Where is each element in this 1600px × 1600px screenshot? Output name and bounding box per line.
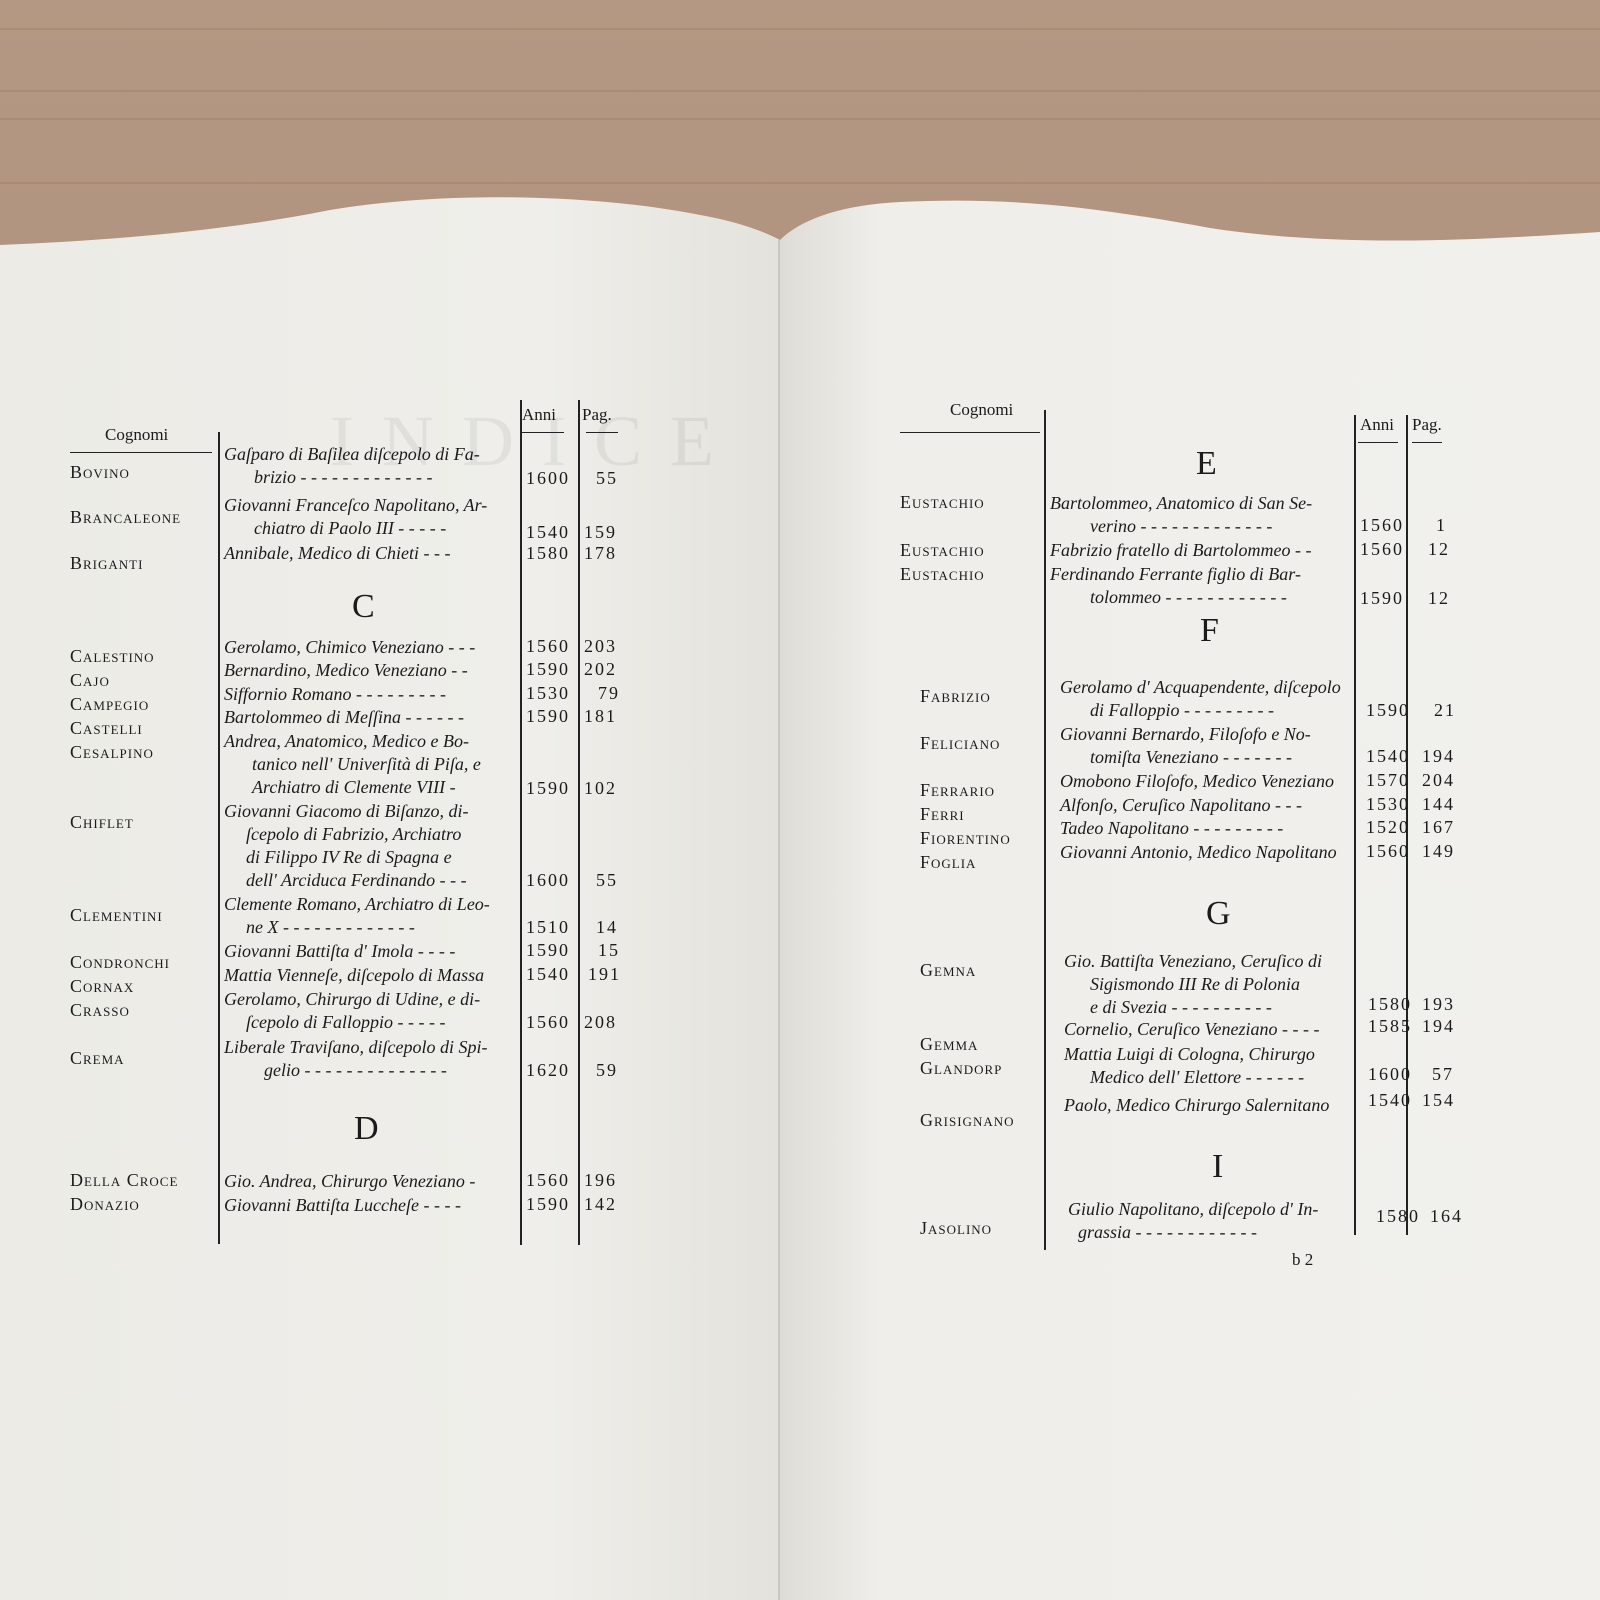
entry-year: 1590 (526, 940, 570, 961)
entry-description: Bartolommeo di Meſſina - - - - - - (224, 706, 464, 729)
surname: Gemma (920, 1034, 978, 1055)
surname: Calestino (70, 646, 155, 667)
surname: Della Croce (70, 1170, 178, 1191)
entry-description: Gerolamo, Chirurgo di Udine, e di-ſcepol… (224, 988, 480, 1034)
entry-page: 12 (1428, 539, 1450, 560)
entry-page: 79 (598, 683, 620, 704)
entry-description: Gio. Andrea, Chirurgo Veneziano - (224, 1170, 475, 1193)
entry-year: 1560 (1366, 841, 1410, 862)
surname: Cornax (70, 976, 134, 997)
entry-description: Tadeo Napolitano - - - - - - - - - (1060, 817, 1283, 840)
column-divider (578, 400, 580, 1245)
entry-description: Gio. Battiſta Veneziano, Ceruſico diSigi… (1064, 950, 1322, 1019)
entry-description: Andrea, Anatomico, Medico e Bo-tanico ne… (224, 730, 481, 799)
wood-grain-line (0, 90, 1600, 92)
entry-description: Clemente Romano, Archiatro di Leo-ne X -… (224, 893, 490, 939)
entry-year: 1600 (526, 870, 570, 891)
entry-description: Annibale, Medico di Chieti - - - (224, 542, 450, 565)
entry-page: 142 (584, 1194, 617, 1215)
entry-description: Giovanni Bernardo, Filoſofo e No-tomiſta… (1060, 723, 1311, 769)
header-rule (900, 432, 1040, 433)
section-letter: E (1196, 445, 1217, 483)
header-rule (586, 432, 618, 433)
entry-description: Omobono Filoſofo, Medico Veneziano (1060, 770, 1334, 793)
entry-description: Cornelio, Ceruſico Veneziano - - - - (1064, 1018, 1319, 1041)
entry-description: Mattia Luigi di Cologna, ChirurgoMedico … (1064, 1043, 1315, 1089)
entry-description: Giovanni Giacomo di Biſanzo, di-ſcepolo … (224, 800, 468, 892)
surname: Crema (70, 1048, 125, 1069)
entry-page: 57 (1432, 1064, 1454, 1085)
entry-description: Gaſparo di Baſilea diſcepolo di Fa-brizi… (224, 443, 480, 489)
section-letter: D (354, 1110, 379, 1148)
entry-year: 1560 (1360, 539, 1404, 560)
entry-year: 1580 (526, 543, 570, 564)
entry-year: 1590 (1360, 588, 1404, 609)
entry-description: Paolo, Medico Chirurgo Salernitano (1064, 1094, 1329, 1117)
entry-page: 181 (584, 706, 617, 727)
column-divider (1354, 415, 1356, 1235)
entry-page: 196 (584, 1170, 617, 1191)
entry-description: Ferdinando Ferrante figlio di Bar-tolomm… (1050, 563, 1301, 609)
section-letter: C (352, 588, 375, 626)
surname: Briganti (70, 553, 143, 574)
entry-description: Gerolamo, Chimico Veneziano - - - (224, 636, 475, 659)
header-surname: Cognomi (950, 400, 1013, 420)
entry-page: 202 (584, 659, 617, 680)
header-years: Anni (522, 405, 556, 425)
entry-year: 1590 (526, 778, 570, 799)
entry-year: 1530 (526, 683, 570, 704)
entry-page: 203 (584, 636, 617, 657)
column-divider (218, 432, 220, 1244)
header-page: Pag. (1412, 415, 1442, 435)
entry-page: 194 (1422, 746, 1455, 767)
surname: Fiorentino (920, 828, 1011, 849)
entry-page: 21 (1434, 700, 1456, 721)
surname: Feliciano (920, 733, 1000, 754)
entry-description: Giovanni Antonio, Medico Napolitano (1060, 841, 1337, 864)
entry-description: Siffornio Romano - - - - - - - - - (224, 683, 446, 706)
wood-grain-line (0, 182, 1600, 184)
entry-description: Bartolommeo, Anatomico di San Se-verino … (1050, 492, 1312, 538)
entry-page: 191 (588, 964, 621, 985)
surname: Cesalpino (70, 742, 154, 763)
entry-page: 55 (596, 870, 618, 891)
entry-description: Liberale Traviſano, diſcepolo di Spi-gel… (224, 1036, 488, 1082)
entry-year: 1530 (1366, 794, 1410, 815)
surname: Grisignano (920, 1110, 1015, 1131)
surname: Ferrario (920, 780, 995, 801)
section-letter: G (1206, 895, 1231, 933)
surname: Glandorp (920, 1058, 1002, 1079)
entry-description: Giovanni Franceſco Napolitano, Ar-chiatr… (224, 494, 487, 540)
surname: Eustachio (900, 540, 985, 561)
surname: Foglia (920, 852, 976, 873)
entry-year: 1560 (526, 1170, 570, 1191)
entry-year: 1590 (1366, 700, 1410, 721)
entry-year: 1600 (1368, 1064, 1412, 1085)
surname: Jasolino (920, 1218, 992, 1239)
entry-description: Alfonſo, Ceruſico Napolitano - - - (1060, 794, 1302, 817)
column-divider (520, 400, 522, 1245)
entry-page: 144 (1422, 794, 1455, 815)
header-rule (1412, 442, 1442, 443)
entry-page: 14 (596, 917, 618, 938)
header-page: Pag. (582, 405, 612, 425)
entry-year: 1570 (1366, 770, 1410, 791)
entry-year: 1585 (1368, 1016, 1412, 1037)
surname: Bovino (70, 462, 130, 483)
entry-year: 1540 (526, 964, 570, 985)
section-letter: I (1212, 1148, 1223, 1186)
entry-page: 164 (1430, 1206, 1463, 1227)
entry-page: 204 (1422, 770, 1455, 791)
entry-description: Giulio Napolitano, diſcepolo d' In-grass… (1068, 1198, 1318, 1244)
entry-year: 1510 (526, 917, 570, 938)
entry-year: 1590 (526, 706, 570, 727)
surname: Condronchi (70, 952, 170, 973)
entry-year: 1560 (1360, 515, 1404, 536)
entry-description: Fabrizio fratello di Bartolommeo - - (1050, 539, 1311, 562)
right-page: Cognomi Anni Pag. E Eustachio Bartolomme… (780, 0, 1600, 1600)
book-gutter (778, 240, 780, 1600)
surname: Eustachio (900, 564, 985, 585)
wood-grain-line (0, 118, 1600, 120)
entry-page: 194 (1422, 1016, 1455, 1037)
surname: Chiflet (70, 812, 134, 833)
surname: Gemna (920, 960, 976, 981)
entry-year: 1590 (526, 659, 570, 680)
column-divider (1044, 410, 1046, 1250)
entry-page: 208 (584, 1012, 617, 1033)
signature-mark: b 2 (1292, 1250, 1313, 1270)
header-rule (70, 452, 212, 453)
surname: Campegio (70, 694, 149, 715)
surname: Brancaleone (70, 507, 181, 528)
entry-page: 59 (596, 1060, 618, 1081)
entry-year: 1540 (1366, 746, 1410, 767)
entry-year: 1520 (1366, 817, 1410, 838)
header-rule (522, 432, 564, 433)
entry-page: 193 (1422, 994, 1455, 1015)
entry-year: 1590 (526, 1194, 570, 1215)
entry-page: 154 (1422, 1090, 1455, 1111)
wood-grain-line (0, 28, 1600, 30)
surname: Fabrizio (920, 686, 991, 707)
entry-year: 1580 (1376, 1206, 1420, 1227)
surname: Donazio (70, 1194, 140, 1215)
entry-description: Giovanni Battiſta Luccheſe - - - - (224, 1194, 461, 1217)
entry-page: 167 (1422, 817, 1455, 838)
header-surname: Cognomi (105, 425, 168, 445)
entry-year: 1560 (526, 636, 570, 657)
entry-page: 149 (1422, 841, 1455, 862)
entry-page: 15 (598, 940, 620, 961)
header-rule (1358, 442, 1398, 443)
header-years: Anni (1360, 415, 1394, 435)
surname: Crasso (70, 1000, 130, 1021)
entry-year: 1540 (1368, 1090, 1412, 1111)
surname: Ferri (920, 804, 965, 825)
entry-page: 55 (596, 468, 618, 489)
entry-year: 1580 (1368, 994, 1412, 1015)
surname: Cajo (70, 670, 110, 691)
entry-year: 1600 (526, 468, 570, 489)
left-page: INDICE Cognomi Anni Pag. Bovino Gaſparo … (0, 0, 780, 1600)
entry-description: Mattia Vienneſe, diſcepolo di Massa (224, 964, 484, 987)
entry-page: 12 (1428, 588, 1450, 609)
entry-page: 159 (584, 522, 617, 543)
entry-year: 1620 (526, 1060, 570, 1081)
entry-description: Bernardino, Medico Veneziano - - (224, 659, 468, 682)
entry-description: Giovanni Battiſta d' Imola - - - - (224, 940, 455, 963)
surname: Eustachio (900, 492, 985, 513)
surname: Castelli (70, 718, 143, 739)
section-letter: F (1200, 612, 1219, 650)
surname: Clementini (70, 905, 163, 926)
entry-page: 102 (584, 778, 617, 799)
entry-description: Gerolamo d' Acquapendente, diſcepolodi F… (1060, 676, 1341, 722)
entry-year: 1560 (526, 1012, 570, 1033)
entry-page: 1 (1436, 515, 1447, 536)
entry-page: 178 (584, 543, 617, 564)
entry-year: 1540 (526, 522, 570, 543)
